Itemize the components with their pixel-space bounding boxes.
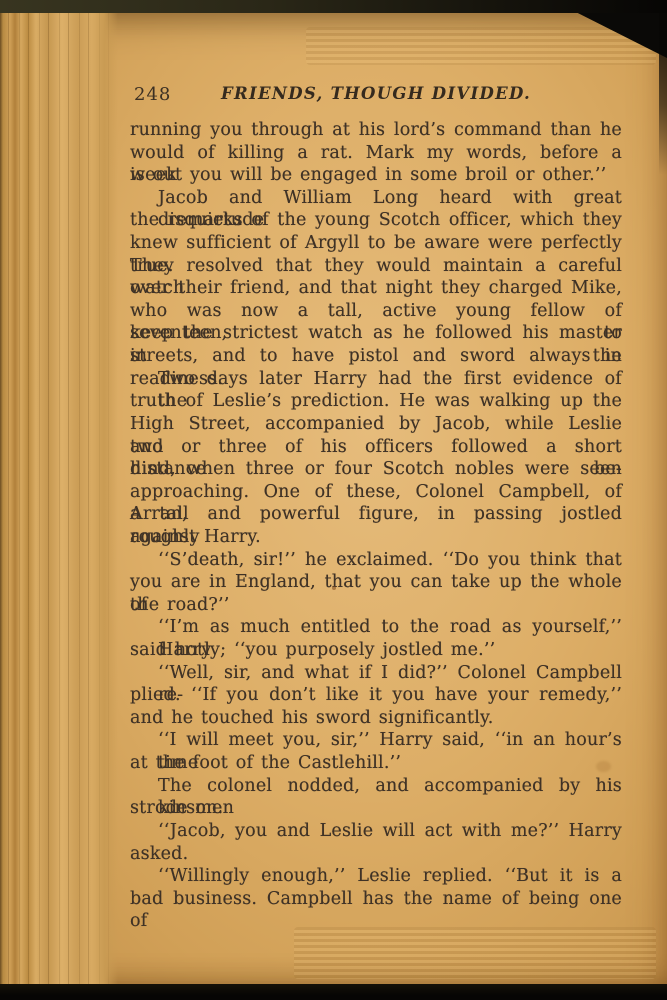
text-line: The colonel nodded, and accompanied by h… bbox=[130, 775, 622, 798]
text-line: asked. bbox=[130, 843, 622, 866]
text-line: Two days later Harry had the first evide… bbox=[130, 368, 622, 391]
paper-stain bbox=[208, 512, 214, 516]
fore-edge-stripes-bottom bbox=[294, 927, 656, 979]
text-line: a tall and powerful figure, in passing j… bbox=[130, 503, 622, 526]
text-line: who was now a tall, active young fellow … bbox=[130, 300, 622, 323]
text-line: and he touched his sword significantly. bbox=[130, 707, 622, 730]
running-title: FRIENDS, THOUGH DIVIDED. bbox=[130, 84, 622, 103]
text-line: strode on. bbox=[130, 797, 622, 820]
text-line: you are in England, that you can take up… bbox=[130, 571, 622, 594]
text-line: approaching. One of these, Colonel Campb… bbox=[130, 481, 622, 504]
text-line: High Street, accompanied by Jacob, while… bbox=[130, 413, 622, 436]
page-stack-edges bbox=[0, 0, 118, 1000]
text-line: knew sufficient of Argyll to be aware we… bbox=[130, 232, 622, 255]
text-line: running you through at his lord’s comman… bbox=[130, 119, 622, 142]
book-cover-bottom-edge bbox=[0, 984, 667, 1000]
text-line: ‘‘I will meet you, sir,’’ Harry said, ‘‘… bbox=[130, 729, 622, 752]
book-cover-top-edge bbox=[0, 0, 667, 13]
text-line: Jacob and William Long heard with great … bbox=[130, 187, 622, 210]
text-line: over their friend, and that night they c… bbox=[130, 277, 622, 300]
fore-edge-stripes-top bbox=[306, 27, 656, 65]
text-line: ‘‘I’m as much entitled to the road as yo… bbox=[130, 616, 622, 639]
text-line: ‘‘Jacob, you and Leslie will act with me… bbox=[130, 820, 622, 843]
text-line: two or three of his officers followed a … bbox=[130, 436, 622, 459]
page-header: 248 FRIENDS, THOUGH DIVIDED. bbox=[130, 81, 622, 107]
text-line: truth of Leslie’s prediction. He was wal… bbox=[130, 390, 622, 413]
text-line: the road?’’ bbox=[130, 594, 622, 617]
paper-stain bbox=[426, 313, 431, 318]
text-line: at the foot of the Castlehill.’’ bbox=[130, 752, 622, 775]
page-text: running you through at his lord’s comman… bbox=[130, 119, 622, 910]
text-line: ‘‘Well, sir, and what if I did?’’ Colone… bbox=[130, 662, 622, 685]
text-line: the remarks of the young Scotch officer,… bbox=[130, 209, 622, 232]
text-line: ‘‘S’death, sir!’’ he exclaimed. ‘‘Do you… bbox=[130, 549, 622, 572]
book-photo: 248 FRIENDS, THOUGH DIVIDED. running you… bbox=[0, 0, 667, 1000]
text-line: said hotly; ‘‘you purposely jostled me.’… bbox=[130, 639, 622, 662]
text-line: is out you will be engaged in some broil… bbox=[130, 164, 622, 187]
right-edge-shadow bbox=[659, 0, 667, 175]
text-line: would of killing a rat. Mark my words, b… bbox=[130, 142, 622, 165]
text-line: streets, and to have pistol and sword al… bbox=[130, 345, 622, 368]
text-line: bad business. Campbell has the name of b… bbox=[130, 888, 622, 911]
text-line: hind, when three or four Scotch nobles w… bbox=[130, 458, 622, 481]
text-line: plied. ‘‘If you don’t like it you have y… bbox=[130, 684, 622, 707]
text-line: against Harry. bbox=[130, 526, 622, 549]
text-line: keep the strictest watch as he followed … bbox=[130, 322, 622, 345]
text-line: ‘‘Willingly enough,’’ Leslie replied. ‘‘… bbox=[130, 865, 622, 888]
paper-stain bbox=[596, 761, 611, 772]
text-line: They resolved that they would maintain a… bbox=[130, 255, 622, 278]
ink-speckle bbox=[332, 586, 336, 590]
